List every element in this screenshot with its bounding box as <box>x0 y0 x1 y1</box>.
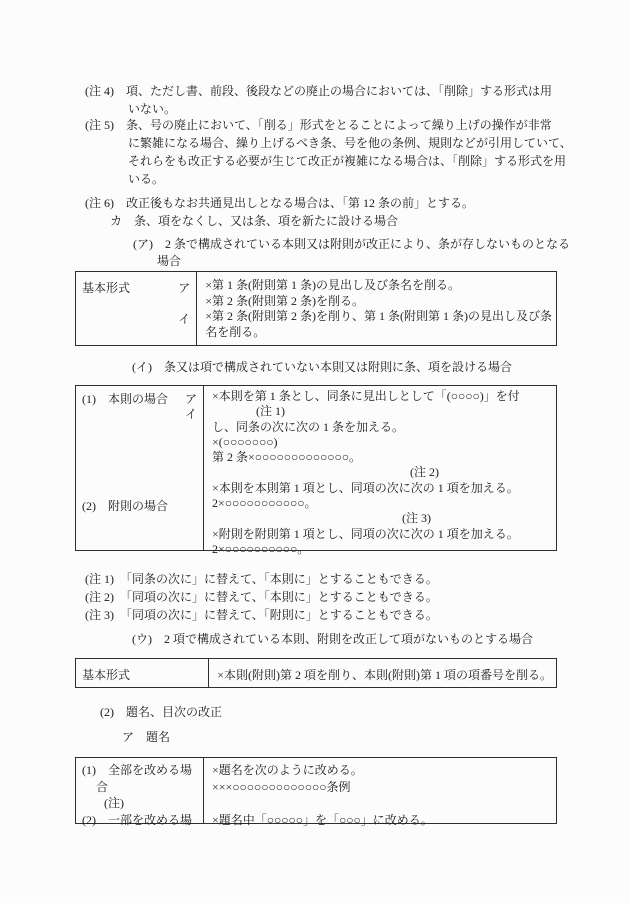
heading-u1: (ウ) 2 項で構成されている本則、附則を改正して項がないものとする場合 <box>132 632 533 646</box>
table4-line: ×題名を次のように改める。 <box>212 762 552 779</box>
table1-header-label: 基本形式 <box>82 279 130 296</box>
note5-line-1: (注 5) 条、号の廃止において、「削る」形式をとることによって繰り上げの操作が… <box>85 118 552 132</box>
table4-header-cell: (1) 全部を改める場 合 (注) (2) 一部を改める場 <box>76 758 204 823</box>
table2-note-ref-1: (注 1) <box>212 404 552 419</box>
bottom-note-3: (注 3) 「同項の次に」に替えて、「附則に」とすることもできる。 <box>85 608 438 622</box>
table4-line-blank <box>212 795 552 812</box>
table4-left-line: (2) 一部を改める場 <box>82 812 203 829</box>
table2-line: ×(○○○○○○○) <box>212 435 552 450</box>
table-add-article-paragraph: (1) 本則の場合 ア イ (2) 附則の場合 ×本則を第 1 条とし、同条に見… <box>75 385 557 551</box>
table-basic-form-paragraphs: 基本形式 ×本則(附則)第 2 項を削り、本則(附則)第 1 項の項番号を削る。 <box>75 658 557 688</box>
table3-header-cell: 基本形式 <box>76 659 209 687</box>
table1-content-cell: ×第 1 条(附則第 1 条)の見出し及び条名を削る。 ×第 2 条(附則第 2… <box>197 272 556 345</box>
table2-marker-i: イ <box>185 405 197 422</box>
table1-line: ×第 1 条(附則第 1 条)の見出し及び条名を削る。 <box>205 278 552 294</box>
table1-line: 名を削る。 <box>205 325 552 341</box>
heading-sec2: (2) 題名、目次の改正 <box>100 705 222 719</box>
table4-left-line: 合 <box>82 779 203 796</box>
table4-content-cell: ×題名を次のように改める。 ×××○○○○○○○○○○○○○条例 ×題名中「○○… <box>204 758 556 823</box>
table1-header-cell: 基本形式 ア イ <box>76 272 197 345</box>
heading-a1-line2: 場合 <box>157 254 181 268</box>
table3-content-cell: ×本則(附則)第 2 項を削り、本則(附則)第 1 項の項番号を削る。 <box>209 659 556 687</box>
table4-line: ×××○○○○○○○○○○○○○条例 <box>212 779 552 796</box>
bottom-note-1: (注 1) 「同条の次に」に替えて、「本則に」とすることもできる。 <box>85 572 438 586</box>
table3-header-label: 基本形式 <box>82 666 130 683</box>
table2-line: ×本則を第 1 条とし、同条に見出しとして「(○○○○)」を付 <box>212 389 552 404</box>
table2-line: ×附則を附則第 1 項とし、同項の次に次の 1 項を加える。 <box>212 527 552 542</box>
note5-line-3: それらをも改正する必要が生じて改正が複雑になる場合は、「削除」する形式を用 <box>128 154 566 168</box>
note5-line-2: に繁雑になる場合、繰り上げるべき条、号を他の条例、規則などが引用していて、 <box>128 136 572 150</box>
table4-line: ×題名中「○○○○○」を「○○○」に改める。 <box>212 812 552 829</box>
table3-line: ×本則(附則)第 2 項を削り、本則(附則)第 1 項の項番号を削る。 <box>217 666 552 683</box>
table2-row1-label: (1) 本則の場合 <box>82 390 168 407</box>
table2-note-ref-3: (注 3) <box>212 511 552 526</box>
table2-line: 2×○○○○○○○○○○。 <box>212 542 552 557</box>
table2-content-cell: ×本則を第 1 条とし、同条に見出しとして「(○○○○)」を付 (注 1) し、… <box>204 386 556 550</box>
table-title-amendment: (1) 全部を改める場 合 (注) (2) 一部を改める場 ×題名を次のように改… <box>75 757 557 824</box>
table2-line: 第 2 条×○○○○○○○○○○○○○。 <box>212 450 552 465</box>
table2-row2-label: (2) 附則の場合 <box>82 497 168 514</box>
note4-line-2: いない。 <box>128 102 176 116</box>
table2-line: ×本則を本則第 1 項とし、同項の次に次の 1 項を加える。 <box>212 481 552 496</box>
table1-line: ×第 2 条(附則第 2 条)を削り、第 1 条(附則第 1 条)の見出し及び条 <box>205 309 552 325</box>
heading-a1-line1: (ア) 2 条で構成されている本則又は附則が改正により、条が存しないものとなる <box>133 237 570 251</box>
table2-note-ref-2: (注 2) <box>212 465 552 480</box>
table1-marker-a: ア <box>178 279 190 296</box>
table1-line: ×第 2 条(附則第 2 条)を削る。 <box>205 294 552 310</box>
table4-left-note: (注) <box>82 795 203 812</box>
note5-line-4: いる。 <box>128 172 164 186</box>
table2-line: 2×○○○○○○○○○○○。 <box>212 496 552 511</box>
note6-line: (注 6) 改正後もなお共通見出しとなる場合は、「第 12 条の前」とする。 <box>85 196 474 210</box>
table1-marker-i: イ <box>178 310 190 327</box>
table-basic-form-articles: 基本形式 ア イ ×第 1 条(附則第 1 条)の見出し及び条名を削る。 ×第 … <box>75 271 557 346</box>
table4-left-line: (1) 全部を改める場 <box>82 762 203 779</box>
bottom-note-2: (注 2) 「同項の次に」に替えて、「本則に」とすることもできる。 <box>85 590 438 604</box>
document-page: (注 4) 項、ただし書、前段、後段などの廃止の場合においては、「削除」する形式… <box>0 0 630 903</box>
heading-a2: ア 題名 <box>122 730 170 744</box>
note4-line-1: (注 4) 項、ただし書、前段、後段などの廃止の場合においては、「削除」する形式… <box>85 84 552 98</box>
table2-header-cell: (1) 本則の場合 ア イ (2) 附則の場合 <box>76 386 204 550</box>
heading-i1: (イ) 条又は項で構成されていない本則又は附則に条、項を設ける場合 <box>132 360 512 374</box>
heading-ka: カ 条、項をなくし、又は条、項を新たに設ける場合 <box>110 214 398 228</box>
table2-line: し、同条の次に次の 1 条を加える。 <box>212 420 552 435</box>
